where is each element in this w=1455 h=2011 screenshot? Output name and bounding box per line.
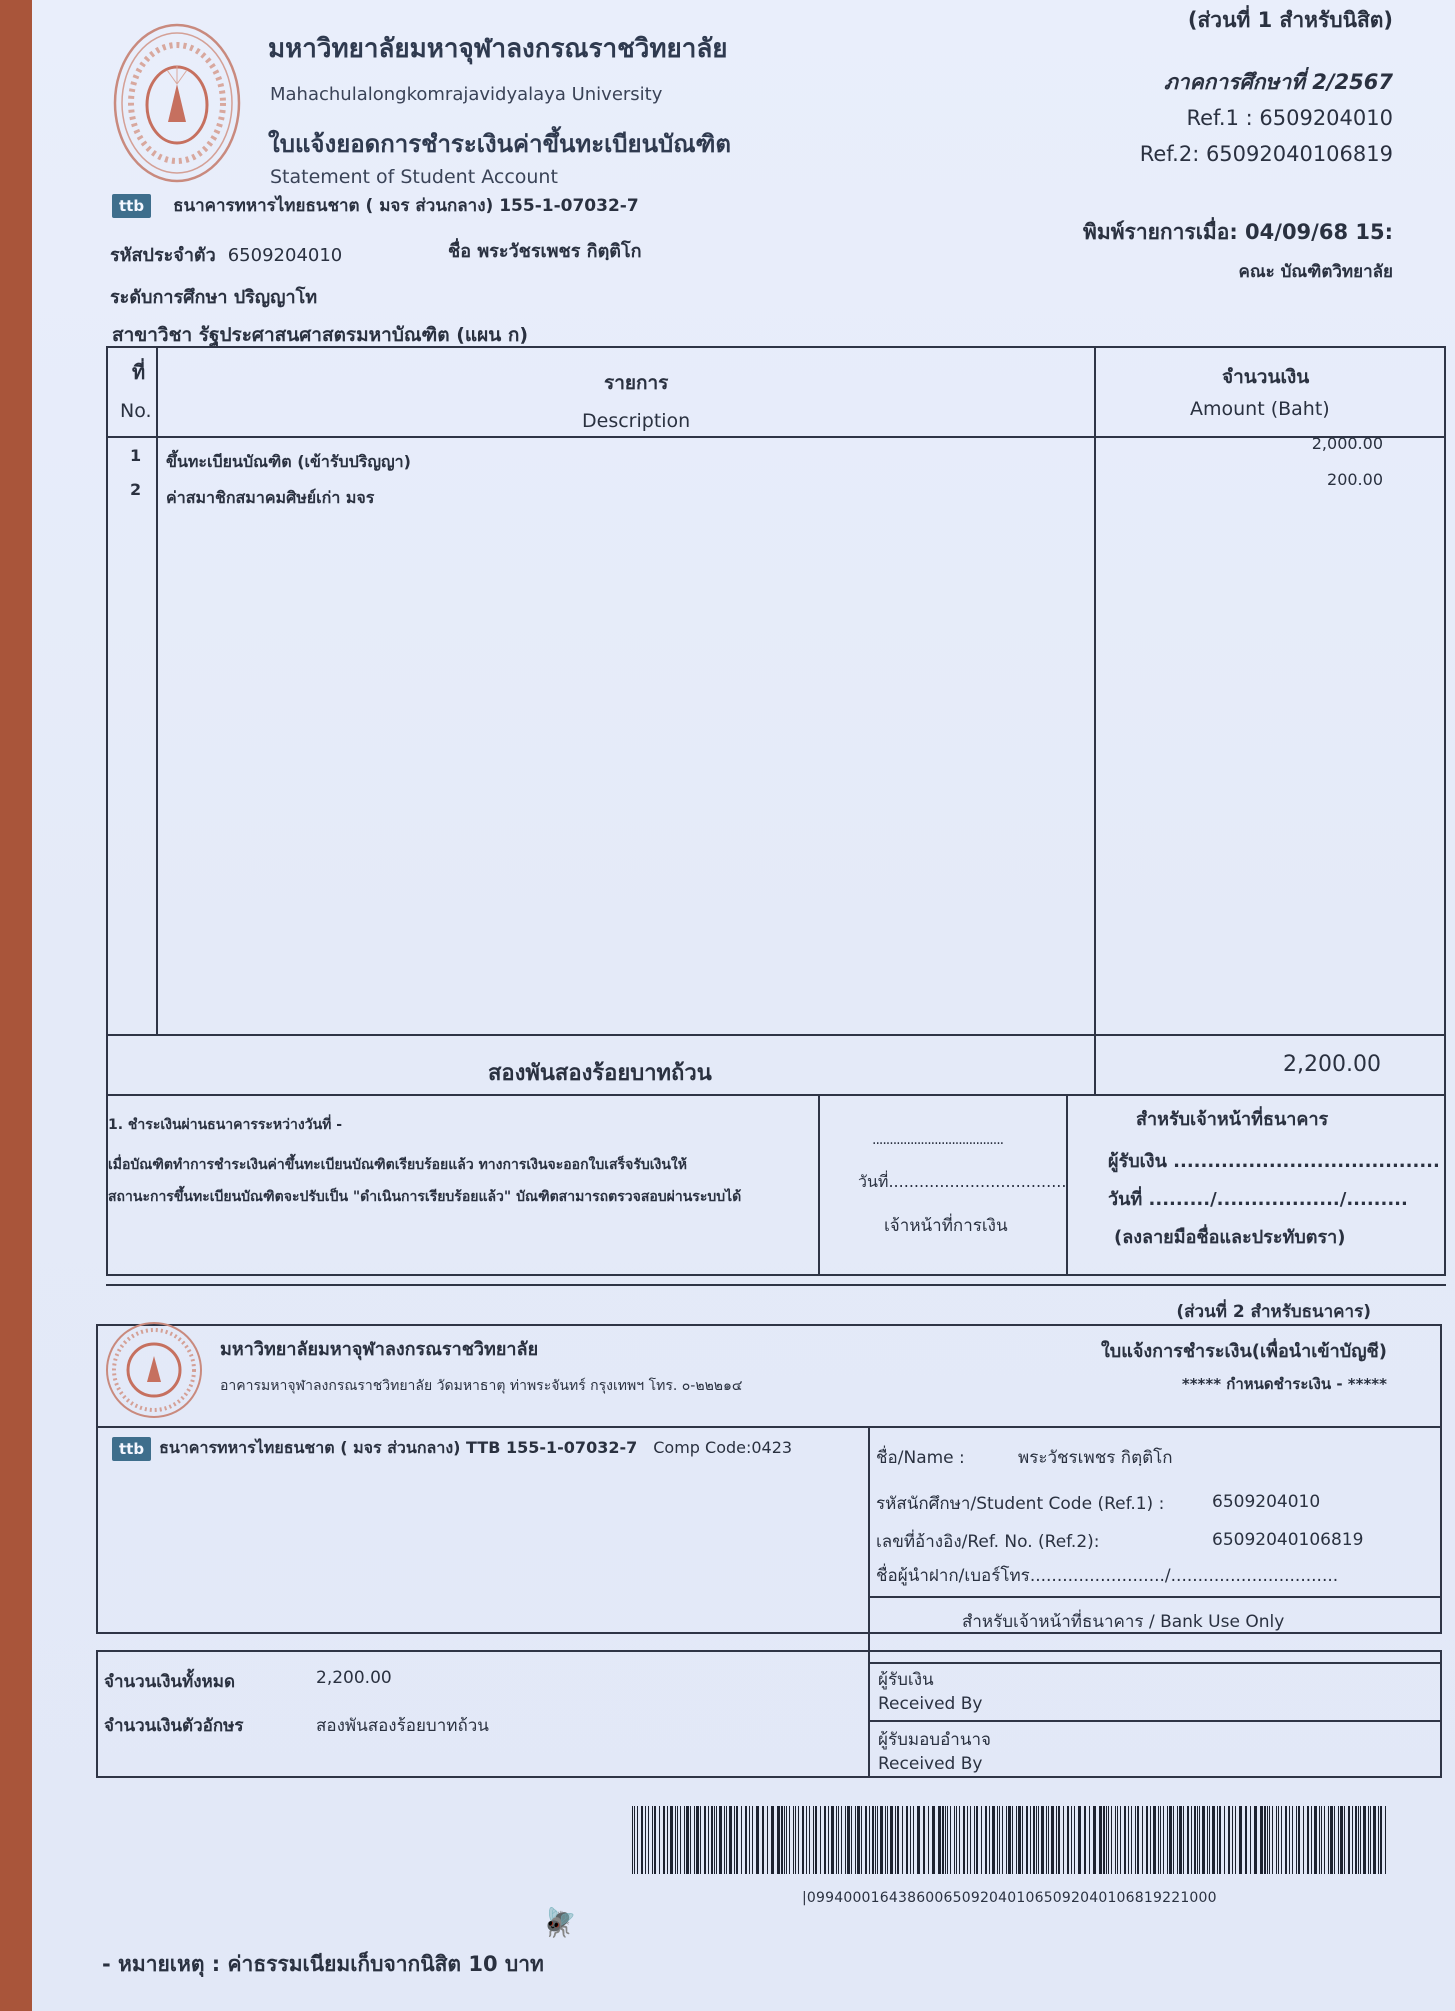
- part2-university-name: มหาวิทยาลัยมหาจุฬาลงกรณราชวิทยาลัย: [220, 1334, 538, 1363]
- table-total-divider: [106, 1094, 1446, 1096]
- row-no: 2: [130, 480, 141, 499]
- received-by-2: ผู้รับมอบอำนาจ Received By: [878, 1728, 991, 1776]
- statement-title-en: Statement of Student Account: [270, 166, 558, 188]
- student-name-row: ชื่อ พระวัชรเพชร กิตฺติโก: [448, 236, 642, 265]
- barcode-number: |099400016438600650920401065092040106819…: [802, 1890, 1217, 1906]
- ref1: Ref.1 : 6509204010: [1186, 106, 1393, 130]
- note-payment-period: 1. ชำระเงินผ่านธนาคารระหว่างวันที่ -: [108, 1114, 342, 1136]
- part2-bank-line: ttbธนาคารทหารไทยธนชาต ( มจร ส่วนกลาง) TT…: [112, 1436, 792, 1461]
- field-student-code-value: 6509204010: [1212, 1492, 1320, 1512]
- ttb-logo-icon: ttb: [112, 194, 151, 218]
- field-name-value: พระวัชรเพชร กิตฺติโก: [1018, 1444, 1173, 1471]
- part2-label: (ส่วนที่ 2 สำหรับธนาคาร): [1176, 1298, 1371, 1325]
- row-amount: 2,000.00: [1312, 434, 1383, 453]
- student-name-value: พระวัชรเพชร กิตฺติโก: [477, 241, 641, 262]
- student-id-label: รหัสประจำตัว: [110, 245, 216, 266]
- printed-timestamp: พิมพ์รายการเมื่อ: 04/09/68 15:: [1083, 216, 1393, 249]
- bank-date-line: วันที่ ........./................../....…: [1108, 1184, 1408, 1213]
- university-seal-icon: [112, 22, 242, 184]
- bank-officer-title: สำหรับเจ้าหน้าที่ธนาคาร: [1136, 1104, 1328, 1133]
- received-by-1-th: ผู้รับเงิน: [878, 1668, 982, 1692]
- table-col-divider: [1094, 346, 1096, 1094]
- ttb-logo-icon: ttb: [112, 1437, 151, 1461]
- header-no-th: ที่: [132, 356, 145, 388]
- note-receipt: เมื่อบัณฑิตทำการชำระเงินค่าขึ้นทะเบียนบั…: [108, 1154, 687, 1176]
- field-depositor-label: ชื่อผู้นำฝาก/เบอร์โทร...................…: [876, 1562, 1338, 1589]
- part2-address: อาคารมหาจุฬาลงกรณราชวิทยาลัย วัดมหาธาตุ …: [220, 1375, 743, 1397]
- education-level: ระดับการศึกษา ปริญญาโท: [110, 282, 317, 311]
- table-body-divider: [106, 1034, 1446, 1036]
- header-description-th: รายการ: [604, 368, 668, 398]
- header-amount-th: จำนวนเงิน: [1222, 362, 1309, 392]
- student-id-row: รหัสประจำตัว6509204010: [110, 240, 342, 269]
- part2-bank-text: ธนาคารทหารไทยธนชาต ( มจร ส่วนกลาง) TTB 1…: [159, 1438, 637, 1457]
- statement-paper: มหาวิทยาลัยมหาจุฬาลงกรณราชวิทยาลัย Mahac…: [32, 0, 1455, 2011]
- row-no: 1: [130, 446, 141, 465]
- row-amount: 200.00: [1327, 470, 1383, 489]
- received-by-2-th: ผู้รับมอบอำนาจ: [878, 1728, 991, 1752]
- table-col-divider: [818, 1094, 820, 1276]
- section-separator: [106, 1284, 1446, 1286]
- total-words-label: จำนวนเงินตัวอักษร: [104, 1712, 243, 1739]
- header-no-en: No.: [120, 400, 152, 422]
- finance-signature-line: ......................................: [872, 1132, 1003, 1148]
- total-amount-value: 2,200.00: [316, 1668, 392, 1688]
- field-ref-no-value: 65092040106819: [1212, 1530, 1363, 1550]
- university-name-th: มหาวิทยาลัยมหาจุฬาลงกรณราชวิทยาลัย: [268, 28, 728, 69]
- total-words-value: สองพันสองร้อยบาทถ้วน: [316, 1712, 489, 1739]
- total-amount: 2,200.00: [1283, 1052, 1381, 1077]
- bank-payee-line: ผู้รับเงิน .............................…: [1108, 1146, 1440, 1175]
- payment-due: ***** กำหนดชำระเงิน - *****: [1182, 1372, 1387, 1396]
- payment-barcode: [632, 1806, 1392, 1874]
- finance-date: วันที่..................................…: [858, 1170, 1066, 1195]
- part2-divider: [868, 1662, 1442, 1664]
- bank-account-line: ttbธนาคารทหารไทยธนชาต ( มจร ส่วนกลาง) 15…: [112, 192, 639, 219]
- table-header-divider: [106, 436, 1446, 438]
- payment-notice-title: ใบแจ้งการชำระเงิน(เพื่อนำเข้าบัญชี): [1101, 1336, 1387, 1365]
- comp-code: Comp Code:0423: [653, 1438, 792, 1457]
- received-by-1-en: Received By: [878, 1692, 982, 1716]
- university-seal-icon: [104, 1320, 204, 1420]
- header-amount-en: Amount (Baht): [1190, 398, 1330, 420]
- bank-account-text: ธนาคารทหารไทยธนชาต ( มจร ส่วนกลาง) 155-1…: [173, 196, 639, 216]
- field-ref-no-label: เลขที่อ้างอิง/Ref. No. (Ref.2):: [876, 1528, 1100, 1555]
- field-student-code-label: รหัสนักศึกษา/Student Code (Ref.1) :: [876, 1490, 1164, 1517]
- row-description: ค่าสมาชิกสมาคมศิษย์เก่า มจร: [166, 486, 374, 511]
- part2-divider: [868, 1720, 1442, 1722]
- note-status: สถานะการขึ้นทะเบียนบัณฑิตจะปรับเป็น "ดำเ…: [108, 1186, 741, 1208]
- finance-officer-title: เจ้าหน้าที่การเงิน: [884, 1212, 1008, 1239]
- header-description-en: Description: [582, 410, 690, 432]
- received-by-1: ผู้รับเงิน Received By: [878, 1668, 982, 1716]
- field-name-label: ชื่อ/Name :: [876, 1444, 965, 1471]
- student-name-label: ชื่อ: [448, 241, 471, 262]
- student-id-value: 6509204010: [228, 245, 343, 266]
- statement-title-th: ใบแจ้งยอดการชำระเงินค่าขึ้นทะเบียนบัณฑิต: [268, 124, 731, 163]
- total-amount-label: จำนวนเงินทั้งหมด: [104, 1668, 235, 1695]
- academic-term: ภาคการศึกษาที่ 2/2567: [1164, 66, 1393, 99]
- part2-divider: [868, 1596, 1442, 1598]
- row-description: ขึ้นทะเบียนบัณฑิต (เข้ารับปริญญา): [166, 450, 411, 475]
- part1-label: (ส่วนที่ 1 สำหรับนิสิต): [1188, 4, 1393, 37]
- table-col-divider: [156, 346, 158, 1034]
- fly-icon: 🪰: [542, 1906, 577, 1939]
- remark-fee-note: - หมายเหตุ : ค่าธรรมเนียมเก็บจากนิสิต 10…: [102, 1948, 544, 1981]
- faculty: คณะ บัณฑิตวิทยาลัย: [1238, 258, 1393, 285]
- bank-use-only: สำหรับเจ้าหน้าที่ธนาคาร / Bank Use Only: [962, 1608, 1284, 1635]
- ref2: Ref.2: 65092040106819: [1140, 142, 1393, 166]
- total-in-words: สองพันสองร้อยบาทถ้วน: [488, 1055, 712, 1090]
- university-name-en: Mahachulalongkomrajavidyalaya University: [270, 84, 662, 105]
- received-by-2-en: Received By: [878, 1752, 991, 1776]
- bank-sign-caption: (ลงลายมือชื่อและประทับตรา): [1114, 1222, 1345, 1251]
- part2-total-box: [96, 1650, 1442, 1778]
